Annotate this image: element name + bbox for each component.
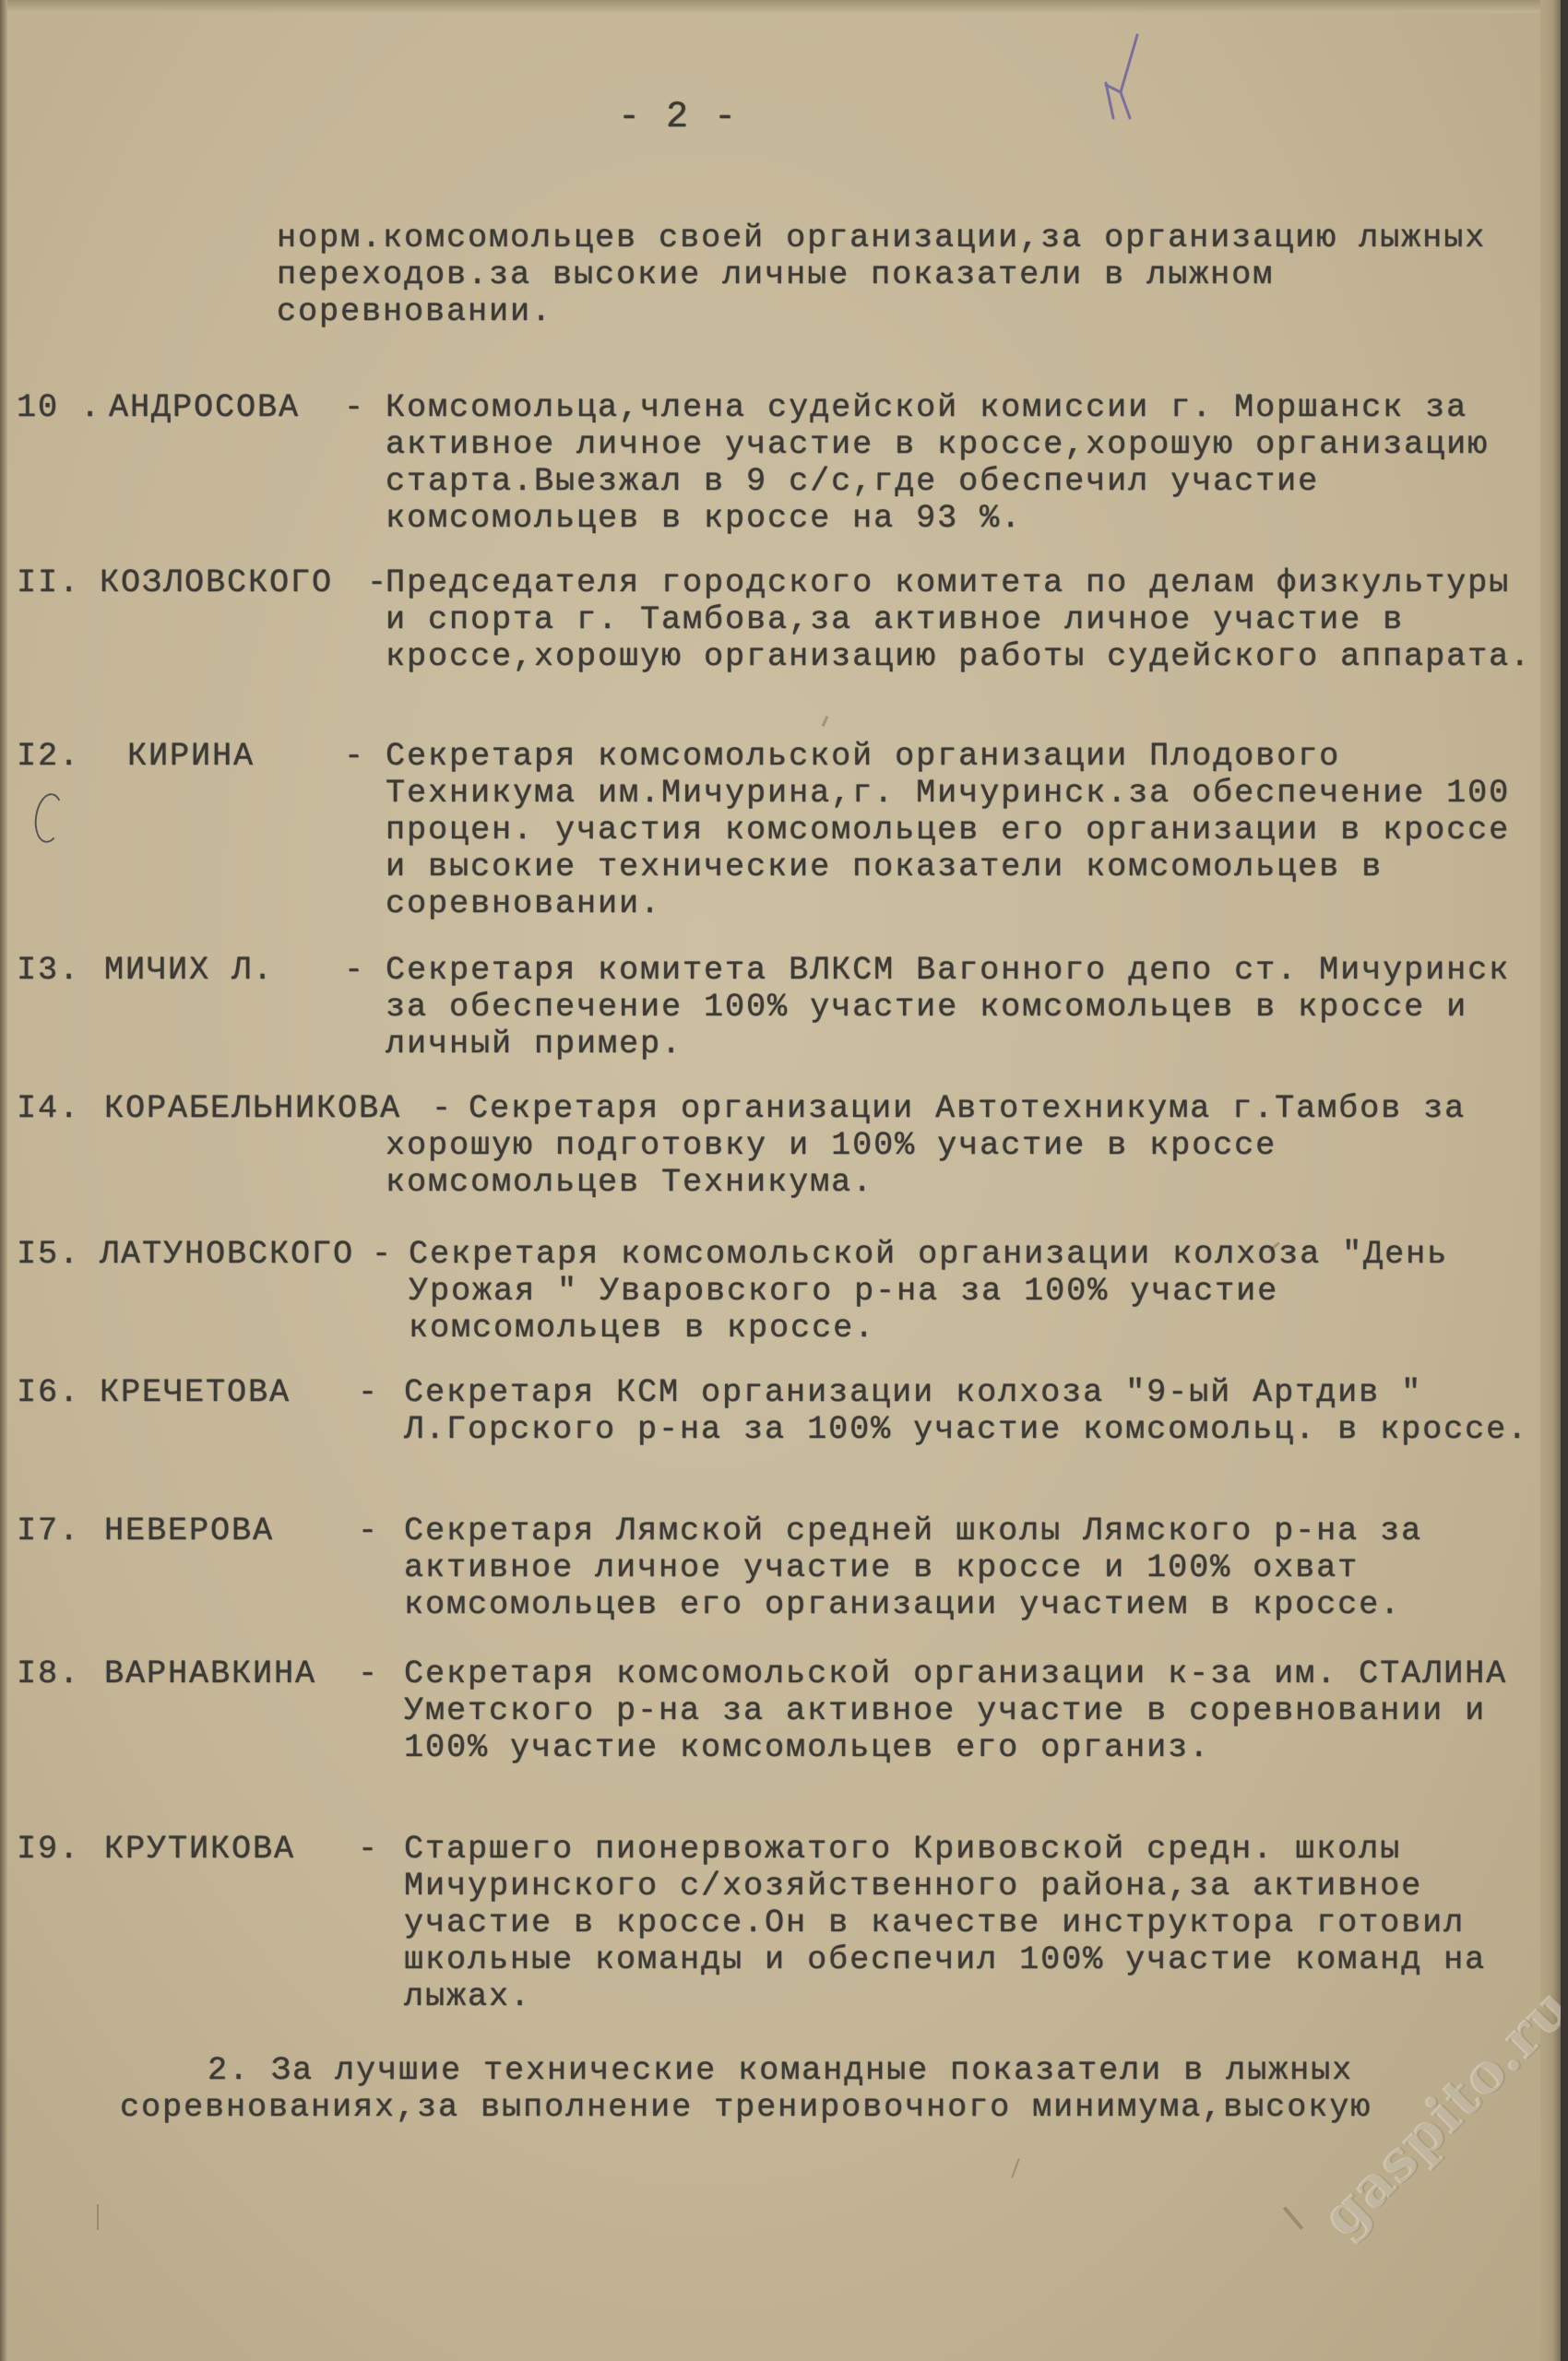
entry-dash: - [372,1236,393,1273]
entry-name: АНДРОСОВА [109,389,300,426]
entry-text: Секретаря комитета ВЛКСМ Вагонного депо … [386,952,1548,1062]
handwritten-mark-icon [1093,28,1148,120]
entry-name: КОРАБЕЛЬНИКОВА [104,1090,401,1127]
entry-number: I5. [17,1236,80,1273]
entry-text: Секретаря комсомольской организации Плод… [386,738,1548,922]
closing-paragraph: 2. За лучшие технические командные показ… [120,2052,1485,2126]
paper-speck [1011,2158,1019,2177]
page-number: - 2 - [618,100,738,136]
entry-text: Старшего пионервожатого Кривовской средн… [404,1831,1548,2015]
entry-number: I6. [17,1374,80,1411]
page-edge-left [0,0,7,2361]
entry-name: КИРИНА [127,738,255,775]
entry-number: I8. [17,1655,80,1692]
entry-number: II. [17,564,80,601]
entry-dash: - [358,1831,379,1868]
intro-paragraph: норм.комсомольцев своей организации,за о… [277,219,1561,330]
entry-text: Секретаря комсомольской организации к-за… [404,1655,1548,1766]
entry-text: Секретаря Лямской средней школы Лямского… [404,1513,1548,1623]
entry-name: МИЧИХ Л. [104,952,274,989]
entry-number: I2. [17,738,80,775]
entry-name: КОЗЛОВСКОГО [100,564,333,601]
paper-speck [97,2204,99,2230]
entry-number: I4. [17,1090,80,1127]
pencil-mark-icon [31,791,65,845]
entry-text: Председателя городского комитета по дела… [386,564,1548,675]
entry-number: I7. [17,1513,80,1549]
entry-dash: - [344,738,365,775]
entry-text: Комсомольца,члена судейской комиссии г. … [386,389,1548,537]
entry-dash: - [358,1655,379,1692]
document-page: - 2 - норм.комсомольцев своей организаци… [0,0,1561,2361]
entry-dash: - [358,1513,379,1549]
entry-number: 10 . [17,389,101,426]
entry-name: КРУТИКОВА [104,1831,295,1868]
entry-name: ЛАТУНОВСКОГО [100,1236,354,1273]
entry-text: Секретаря организации Автотехникума г.Та… [386,1090,1548,1201]
entry-text: Секретаря комсомольской организации колх… [409,1236,1515,1347]
entry-number: I9. [17,1831,80,1868]
entry-name: НЕВЕРОВА [104,1513,274,1549]
paper-speck [1283,2206,1303,2230]
entry-name: ВАРНАВКИНА [104,1655,316,1692]
entry-dash: - [358,1374,379,1411]
entry-name: КРЕЧЕТОВА [100,1374,291,1411]
entry-dash: - [344,389,365,426]
entry-number: I3. [17,952,80,989]
entry-text: Секретаря КСМ организации колхоза "9-ый … [404,1374,1538,1448]
entry-dash: - [344,952,365,989]
paper-speck [822,716,829,727]
page-edge-top [0,0,1561,13]
